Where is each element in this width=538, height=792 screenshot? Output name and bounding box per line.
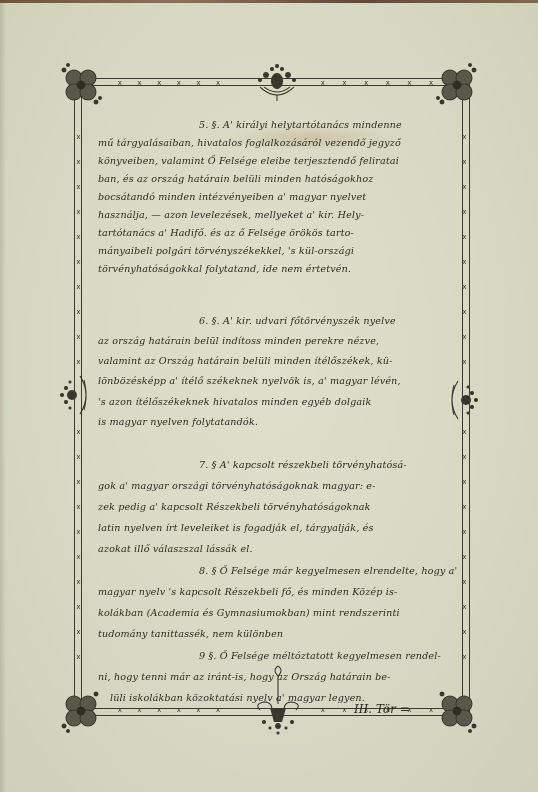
paragraph-5-line-4: ban, és az ország határain belüli minden… [98, 174, 373, 185]
paragraph-5-line-2: mű tárgyalásaiban, hivatalos foglalkozás… [98, 138, 401, 149]
paragraph-8-line-3: kolákban (Academia és Gymnasiumokban) mi… [98, 608, 400, 619]
corner-ornament-top-left-icon [56, 60, 106, 110]
paragraph-5-line-6: használja, — azon levelezések, mellyeket… [98, 210, 364, 221]
paragraph-5-line-3: könyveiben, valamint Ő Felsége eleibe te… [98, 156, 399, 167]
border-band-right-lower: xxxxxxxxxx [461, 420, 468, 670]
border-band-left-lower: xxxxxxxxxx [75, 420, 82, 670]
border-band-left-upper: xxxxxxxxxx [75, 125, 82, 375]
paragraph-8-line-2: magyar nyelv 's kapcsolt Részekbeli fő, … [98, 587, 397, 598]
border-band-top-right: xxxxxx [312, 80, 442, 87]
paragraph-8-line-4: tudomány tanittassék, nem különben [98, 629, 283, 640]
paragraph-5-line-8: mányaibeli polgári törvényszékekkel, 's … [98, 246, 354, 257]
paragraph-5-line-1: 5. §. A' királyi helytartótanács mindenn… [199, 120, 402, 131]
page-left-shadow [0, 3, 6, 792]
paragraph-7-line-5: azokat illő válaszszal lássák el. [98, 544, 253, 555]
right-center-scroll-icon [446, 375, 480, 425]
paragraph-6-line-4: lönbözésképp a' ítélő székeknek nyelvök … [98, 376, 401, 387]
corner-ornament-bottom-right-icon [432, 686, 482, 736]
corner-ornament-bottom-left-icon [56, 686, 106, 736]
paragraph-6-line-1: 6. §. A' kir. udvari főtörvényszék nyelv… [199, 316, 396, 327]
paragraph-5-line-7: tartótanács a' Hadifő. és az ő Felsége ö… [98, 228, 354, 239]
paragraph-7-line-2: gok a' magyar országi törvényhatóságokna… [98, 481, 376, 492]
corner-ornament-top-right-icon [432, 60, 482, 110]
border-band-bottom-left: xxxxxx [110, 707, 228, 714]
paragraph-9-line-3: lüli iskolákban közoktatási nyelv a' mag… [110, 693, 365, 704]
paragraph-6-line-2: az ország határain belül indítoss minden… [98, 336, 379, 347]
paragraph-6-line-3: valamint az Ország határain belüli minde… [98, 356, 393, 367]
paragraph-6-line-6: is magyar nyelven folytatandók. [98, 417, 258, 428]
paragraph-6-line-5: 's azon ítélőszékeknek hivatalos minden … [98, 397, 371, 408]
top-center-bouquet-icon [252, 63, 302, 103]
bottom-center-urn-icon [250, 700, 306, 736]
signature-mark: III. Tör = [354, 702, 410, 716]
paragraph-9-line-2: ni, hogy tenni már az iránt-is, hogy az … [98, 672, 391, 683]
paragraph-7-line-4: latin nyelven írt leveleiket is fogadják… [98, 523, 374, 534]
paragraph-5-line-5: bocsátandó minden intézvényeiben a' magy… [98, 192, 366, 203]
paragraph-5-line-9: törvényhatóságokkal folytatand, ide nem … [98, 264, 351, 275]
paragraph-7-line-1: 7. § A' kapcsolt részekbeli törvényhatós… [199, 460, 407, 471]
paragraph-9-line-1: 9 §. Ő Felsége méltóztatott kegyelmesen … [199, 651, 441, 662]
left-center-scroll-icon [58, 370, 92, 420]
paragraph-7-line-3: zek pedig a' kapcsolt Részekbeli törvény… [98, 502, 371, 513]
border-band-right-upper: xxxxxxxxxx [461, 125, 468, 375]
paragraph-8-line-1: 8. § Ő Felsége már kegyelmesen elrendelt… [199, 566, 457, 577]
border-band-top-left: xxxxxx [110, 80, 228, 87]
